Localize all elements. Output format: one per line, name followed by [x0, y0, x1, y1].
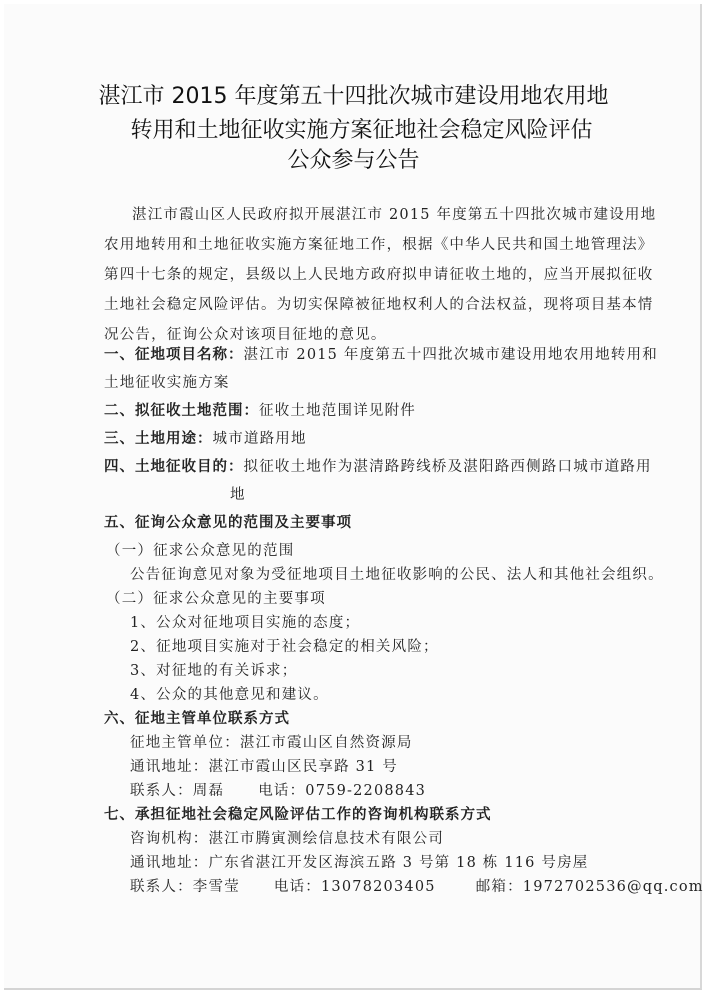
section-5-label: 五、征询公众意见的范围及主要事项	[104, 513, 352, 533]
section-7-email: 邮箱：1972702536@qq.com	[476, 879, 704, 895]
section-6-phone: 电话：0759-2208843	[258, 783, 426, 799]
list-item: 2、征地项目实施对于社会稳定的相关风险；	[130, 637, 439, 657]
section-4: 四、土地征收目的：拟征收土地作为湛清路跨线桥及湛阳路西侧路口城市道路用	[104, 457, 652, 477]
intro-line: 湛江市霞山区人民政府拟开展湛江市 2015 年度第五十四批次城市建设用地	[132, 205, 656, 225]
section-1-cont: 土地征收实施方案	[104, 373, 230, 393]
section-3: 三、土地用途：城市道路用地	[104, 429, 307, 449]
section-6-contact: 联系人：周磊	[130, 783, 224, 799]
intro-line: 况公告，征询公众对该项目征地的意见。	[104, 325, 387, 345]
title-line-1: 湛江市 2015 年度第五十四批次城市建设用地农用地	[0, 80, 707, 114]
section-1: 一、征地项目名称：湛江市 2015 年度第五十四批次城市建设用地农用地转用和	[104, 345, 658, 365]
section-7-org: 咨询机构：湛江市腾寅测绘信息技术有限公司	[130, 829, 444, 849]
section-7-contact: 联系人：李雪莹	[130, 879, 240, 895]
intro-line: 第四十七条的规定，县级以上人民地方政府拟申请征收土地的，应当开展拟征收	[104, 265, 654, 285]
section-4-text: 拟征收土地作为湛清路跨线桥及湛阳路西侧路口城市道路用	[244, 459, 652, 475]
intro-line: 土地社会稳定风险评估。为切实保障被征地权利人的合法权益，现将项目基本情	[104, 295, 654, 315]
list-item: 4、公众的其他意见和建议。	[130, 685, 329, 705]
section-1-label: 一、征地项目名称：	[104, 347, 244, 363]
section-7-contact-line: 联系人：李雪莹电话：13078203405邮箱：1972702536@qq.co…	[130, 877, 704, 897]
section-7-address: 通讯地址：广东省湛江开发区海滨五路 3 号第 18 栋 116 号房屋	[130, 853, 589, 873]
section-7-label: 七、承担征地社会稳定风险评估工作的咨询机构联系方式	[104, 805, 492, 825]
title-line-2: 转用和土地征收实施方案征地社会稳定风险评估	[8, 114, 707, 148]
section-5-sub1-text: 公告征询意见对象为受征地项目土地征收影响的公民、法人和其他社会组织。	[130, 565, 664, 585]
section-6-label: 六、征地主管单位联系方式	[104, 709, 290, 729]
section-5-sub2: （二）征求公众意见的主要事项	[106, 589, 326, 609]
section-2-label: 二、拟征收土地范围：	[104, 403, 259, 419]
section-3-label: 三、土地用途：	[104, 431, 213, 447]
section-3-text: 城市道路用地	[213, 431, 307, 447]
section-4-cont: 地	[230, 485, 246, 505]
list-item: 3、对征地的有关诉求；	[130, 661, 297, 681]
section-7-phone: 电话：13078203405	[274, 879, 436, 895]
section-6-address: 通讯地址：湛江市霞山区民享路 31 号	[130, 757, 398, 777]
section-4-label: 四、土地征收目的：	[104, 459, 244, 475]
section-5-sub1: （一）征求公众意见的范围	[106, 541, 294, 561]
intro-line: 农用地转用和土地征收实施方案征地工作，根据《中华人民共和国土地管理法》	[104, 235, 654, 255]
section-2-text: 征收土地范围详见附件	[259, 403, 416, 419]
section-1-text: 湛江市 2015 年度第五十四批次城市建设用地农用地转用和	[244, 347, 658, 363]
section-2: 二、拟征收土地范围：征收土地范围详见附件	[104, 401, 416, 421]
title-line-3: 公众参与公告	[0, 144, 707, 178]
section-6-contact-line: 联系人：周磊电话：0759-2208843	[130, 781, 426, 801]
list-item: 1、公众对征地项目实施的态度；	[130, 613, 360, 633]
section-6-unit: 征地主管单位：湛江市霞山区自然资源局	[130, 733, 413, 753]
